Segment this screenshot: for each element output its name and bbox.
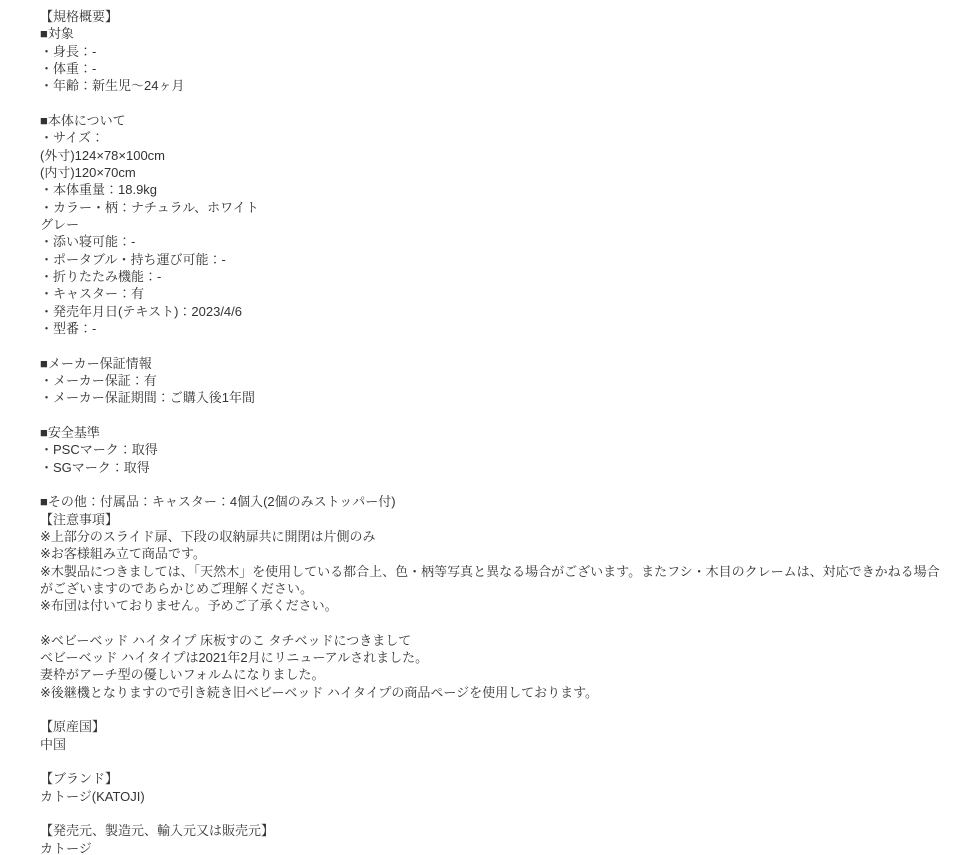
section-distributor: 【発売元、製造元、輸入元又は販売元】カトージ: [40, 822, 947, 855]
text-line: ※ベビーベッド ハイタイプ 床板すのこ タチベッドにつきまして: [40, 632, 947, 649]
section-maker-warranty: ■メーカー保証情報・メーカー保証：有・メーカー保証期間：ご購入後1年間: [40, 355, 947, 407]
product-spec-document: 【規格概要】■対象・身長：-・体重：-・年齢：新生児～24ヶ月■本体について・サ…: [0, 0, 977, 855]
text-line: ※布団は付いておりません。予めご了承ください。: [40, 597, 947, 614]
text-line: ・カラー・柄：ナチュラル、ホワイト: [40, 199, 947, 216]
section-body-spec: ■本体について・サイズ：(外寸)124×78×100cm(内寸)120×70cm…: [40, 112, 947, 337]
text-line: 【ブランド】: [40, 770, 947, 787]
text-line: ・SGマーク：取得: [40, 459, 947, 476]
text-line: ■対象: [40, 25, 947, 42]
section-brand: 【ブランド】カトージ(KATOJI): [40, 770, 947, 805]
text-line: ・ポータブル・持ち運び可能：-: [40, 251, 947, 268]
text-line: ・PSCマーク：取得: [40, 441, 947, 458]
section-spec-overview-target: 【規格概要】■対象・身長：-・体重：-・年齢：新生児～24ヶ月: [40, 8, 947, 95]
text-line: ※後継機となりますので引き続き旧ベビーベッド ハイタイプの商品ページを使用してお…: [40, 684, 947, 701]
text-line: カトージ(KATOJI): [40, 788, 947, 805]
section-renewal-note: ※ベビーベッド ハイタイプ 床板すのこ タチベッドにつきましてベビーベッド ハイ…: [40, 632, 947, 701]
text-line: 妻枠がアーチ型の優しいフォルムになりました。: [40, 666, 947, 683]
section-safety-standards: ■安全基準・PSCマーク：取得・SGマーク：取得: [40, 424, 947, 476]
text-line: ・身長：-: [40, 43, 947, 60]
text-line: ※お客様組み立て商品です。: [40, 545, 947, 562]
section-other-accessories-and-notes: ■その他：付属品：キャスター：4個入(2個のみストッパー付)【注意事項】※上部分…: [40, 493, 947, 614]
text-line: ・型番：-: [40, 320, 947, 337]
text-line: 【規格概要】: [40, 8, 947, 25]
text-line: ■その他：付属品：キャスター：4個入(2個のみストッパー付): [40, 493, 947, 510]
text-line: 【発売元、製造元、輸入元又は販売元】: [40, 822, 947, 839]
text-line: ※木製品につきましては、「天然木」を使用している都合上、色・柄等写真と異なる場合…: [40, 563, 947, 598]
text-line: ■本体について: [40, 112, 947, 129]
text-line: ・体重：-: [40, 60, 947, 77]
text-line: カトージ: [40, 840, 947, 855]
text-line: ベビーベッド ハイタイプは2021年2月にリニューアルされました。: [40, 649, 947, 666]
text-line: (内寸)120×70cm: [40, 164, 947, 181]
text-line: 【注意事項】: [40, 511, 947, 528]
text-line: ・年齢：新生児～24ヶ月: [40, 77, 947, 94]
text-line: ■メーカー保証情報: [40, 355, 947, 372]
text-line: ・発売年月日(テキスト)：2023/4/6: [40, 303, 947, 320]
text-line: ・キャスター：有: [40, 285, 947, 302]
text-line: 【原産国】: [40, 718, 947, 735]
text-line: ※上部分のスライド扉、下段の収納扉共に開閉は片側のみ: [40, 528, 947, 545]
section-country-of-origin: 【原産国】中国: [40, 718, 947, 753]
text-line: (外寸)124×78×100cm: [40, 147, 947, 164]
text-line: ・折りたたみ機能：-: [40, 268, 947, 285]
text-line: グレー: [40, 216, 947, 233]
text-line: ・メーカー保証期間：ご購入後1年間: [40, 389, 947, 406]
text-line: ・サイズ：: [40, 129, 947, 146]
text-line: ■安全基準: [40, 424, 947, 441]
text-line: ・メーカー保証：有: [40, 372, 947, 389]
text-line: ・添い寝可能：-: [40, 233, 947, 250]
text-line: ・本体重量：18.9kg: [40, 181, 947, 198]
text-line: 中国: [40, 736, 947, 753]
